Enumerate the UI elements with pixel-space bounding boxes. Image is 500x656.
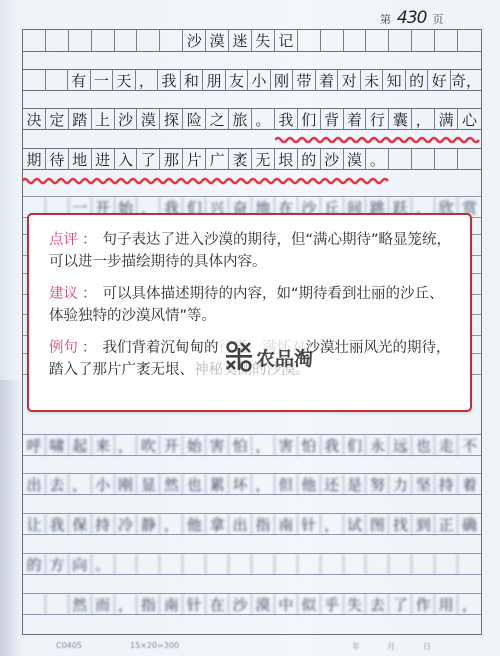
grid-cell <box>115 30 138 51</box>
grid-cell <box>344 554 367 575</box>
grid-cell <box>46 594 69 615</box>
grid-cell: 。 <box>92 554 115 575</box>
grid-cell: 但 <box>275 474 298 495</box>
grid-cell <box>412 30 435 51</box>
grid-cell: 迷 <box>229 30 252 51</box>
grid-cell: ， <box>115 435 138 456</box>
grid-cell: 针 <box>183 594 206 615</box>
grid-cell: 用 <box>435 594 458 615</box>
grid-cell: 也 <box>183 474 206 495</box>
grid-cell: 漠 <box>344 149 367 170</box>
grid-cell: 也 <box>412 435 435 456</box>
grid-cell: 他 <box>298 474 321 495</box>
grid-cell: 不 <box>458 435 481 456</box>
grid-cell: 上 <box>92 109 115 130</box>
grid-cell <box>46 30 69 51</box>
grid-cell: 到 <box>412 514 435 535</box>
grid-cell <box>435 149 458 170</box>
grid-cell: 害 <box>206 435 229 456</box>
grid-cell: 我 <box>46 514 69 535</box>
grid-cell: 南 <box>160 594 183 615</box>
grid-cell: 乎 <box>321 594 344 615</box>
grid-cell: 。 <box>252 109 275 130</box>
grid-cell <box>23 30 46 51</box>
grid-cell: 。 <box>366 149 389 170</box>
grid-cell: 的 <box>406 70 429 91</box>
grid-cell: 向 <box>69 554 92 575</box>
grid-cell: ， <box>69 474 92 495</box>
grid-cell: 天 <box>113 70 136 91</box>
grid-row: 决定踏上沙漠探险之旅。我们背着行囊，满心 <box>23 108 481 130</box>
grid-cell: 的 <box>23 554 46 575</box>
grid-cell <box>389 554 412 575</box>
grid-cell <box>458 554 481 575</box>
grid-cell <box>344 30 367 51</box>
suggestion-label: 建议 <box>49 286 78 302</box>
grid-cell: 期 <box>23 149 46 170</box>
grid-cell: 着 <box>316 70 339 91</box>
grid-cell: 来 <box>92 435 115 456</box>
grid-cell: 吹 <box>137 435 160 456</box>
grid-cell: 背 <box>321 109 344 130</box>
grid-cell: 走 <box>435 435 458 456</box>
grid-cell: 广 <box>206 149 229 170</box>
grid-cell: 的 <box>298 149 321 170</box>
grid-cell: 出 <box>229 514 252 535</box>
grid-cell: 未 <box>361 70 384 91</box>
grid-cell: 中 <box>275 594 298 615</box>
comment-label: 点评 <box>49 232 78 248</box>
grid-cell: 和 <box>181 70 204 91</box>
grid-cell: 永 <box>366 435 389 456</box>
page-number-header: 第 430 页 <box>380 8 443 28</box>
grid-cell: ， <box>412 109 435 130</box>
grid-cell: 踏 <box>69 109 92 130</box>
grid-cell: 垠 <box>275 149 298 170</box>
grid-cell <box>229 554 252 575</box>
watermark: 农品淘 <box>224 340 313 374</box>
grid-cell: 去 <box>366 594 389 615</box>
grid-cell: ， <box>160 514 183 535</box>
grid-cell: 而 <box>92 594 115 615</box>
grid-cell: 奇， <box>451 70 481 91</box>
watermark-logo-icon <box>224 340 254 374</box>
grid-cell: 力 <box>389 474 412 495</box>
grid-cell <box>458 30 481 51</box>
grid-cell: 友 <box>226 70 249 91</box>
comment-text: 句子表达了进入沙漠的期待，但“满心期待”略显笼统，可以进一步描绘期待的具体内容。 <box>49 232 451 270</box>
grid-cell: 着 <box>344 109 367 130</box>
grid-cell: 心 <box>458 109 481 130</box>
grid-row: 沙漠迷失记 <box>23 30 481 52</box>
grid-cell: 静 <box>137 514 160 535</box>
footer-year: 年 <box>352 641 360 652</box>
grid-cell: 图 <box>366 514 389 535</box>
grid-cell <box>206 554 229 575</box>
grid-cell: 我 <box>275 109 298 130</box>
grid-cell: 小 <box>92 474 115 495</box>
grid-cell: 险 <box>183 109 206 130</box>
grid-cell: 试 <box>344 514 367 535</box>
grid-row: 期待地进入了那片广袤无垠的沙漠。 <box>23 148 481 170</box>
grid-cell: 定 <box>46 109 69 130</box>
grid-cell: 囊 <box>389 109 412 130</box>
grid-cell: 知 <box>383 70 406 91</box>
grid-cell: 然 <box>69 594 92 615</box>
grid-cell: 保 <box>69 514 92 535</box>
grid-cell: 害 <box>275 435 298 456</box>
grid-cell: 探 <box>160 109 183 130</box>
suggestion-text: 可以具体描述期待的内容，如“期待看到壮丽的沙丘、体验独特的沙漠风情”等。 <box>49 286 444 324</box>
footer-month: 月 <box>387 641 395 652</box>
grid-row: 然而，指南针在沙漠中似乎失去了作用， <box>23 593 481 615</box>
grid-cell: 漠 <box>137 109 160 130</box>
comment-separator: ： <box>82 232 97 248</box>
grid-cell: 地 <box>69 149 92 170</box>
grid-cell: 呼 <box>23 435 46 456</box>
wavy-underline-1 <box>275 136 481 144</box>
grid-cell: 片 <box>183 149 206 170</box>
grid-cell <box>115 554 138 575</box>
grid-cell: 小 <box>248 70 271 91</box>
grid-row: 让我保持冷静，他拿出指南针，试图找到正确 <box>23 513 481 535</box>
grid-row: 有一天，我和朋友小刚带着对未知的好奇， <box>23 69 481 91</box>
grid-cell <box>298 554 321 575</box>
grid-cell: 决 <box>23 109 46 130</box>
grid-cell: 正 <box>435 514 458 535</box>
grid-cell: 啸 <box>46 435 69 456</box>
watermark-text: 农品淘 <box>256 344 313 371</box>
example-text-start: 我们背着沉甸甸的 <box>103 340 219 356</box>
grid-cell <box>298 30 321 51</box>
grid-cell: 针 <box>298 514 321 535</box>
grid-cell: 行 <box>366 109 389 130</box>
grid-cell: 我 <box>321 435 344 456</box>
grid-cell: 我 <box>158 70 181 91</box>
grid-cell <box>275 554 298 575</box>
grid-cell: 们 <box>298 109 321 130</box>
comment-paragraph: 点评：句子表达了进入沙漠的期待，但“满心期待”略显笼统，可以进一步描绘期待的具体… <box>49 229 452 273</box>
grid-cell: 沙 <box>321 149 344 170</box>
suggestion-separator: ： <box>82 286 97 302</box>
wavy-underline-2 <box>22 177 392 185</box>
grid-cell: 进 <box>92 149 115 170</box>
grid-cell: 朋 <box>203 70 226 91</box>
grid-cell: 努 <box>366 474 389 495</box>
grid-cell: 着 <box>458 474 481 495</box>
grid-cell <box>160 554 183 575</box>
paper-footer: C0405 15×20=300 年 月 日 <box>0 641 500 655</box>
grid-cell: 累 <box>206 474 229 495</box>
grid-cell: ， <box>252 474 275 495</box>
grid-cell: 失 <box>252 30 275 51</box>
grid-cell <box>389 149 412 170</box>
grid-cell: 沙 <box>229 594 252 615</box>
grid-cell: 刚 <box>271 70 294 91</box>
feedback-card: 点评：句子表达了进入沙漠的期待，但“满心期待”略显笼统，可以进一步描绘期待的具体… <box>27 213 472 412</box>
example-separator: ： <box>82 340 97 356</box>
grid-cell <box>412 554 435 575</box>
grid-cell: 还 <box>321 474 344 495</box>
grid-cell <box>252 554 275 575</box>
grid-cell: ， <box>458 594 481 615</box>
grid-cell: 出 <box>23 474 46 495</box>
grid-cell <box>366 30 389 51</box>
grid-cell: 指 <box>252 514 275 535</box>
grid-cell: 在 <box>206 594 229 615</box>
grid-cell: 持 <box>435 474 458 495</box>
grid-cell <box>321 30 344 51</box>
grid-cell: 怕 <box>298 435 321 456</box>
grid-cell <box>183 554 206 575</box>
grid-cell: 找 <box>389 514 412 535</box>
grid-cell: 记 <box>275 30 298 51</box>
grid-cell: 刚 <box>115 474 138 495</box>
grid-cell <box>23 70 46 91</box>
grid-cell: 对 <box>338 70 361 91</box>
grid-cell: 然 <box>160 474 183 495</box>
grid-cell <box>389 30 412 51</box>
grid-cell: 他 <box>183 514 206 535</box>
grid-cell: ， <box>136 70 159 91</box>
grid-cell: 是 <box>344 474 367 495</box>
grid-cell: 了 <box>137 149 160 170</box>
grid-cell: 无 <box>252 149 275 170</box>
grid-cell <box>46 70 69 91</box>
grid-cell: 确 <box>458 514 481 535</box>
grid-row: 出去，小刚显然也累坏，但他还是努力坚持着 <box>23 473 481 495</box>
grid-cell: 有 <box>68 70 91 91</box>
grid-row: 的方向。 <box>23 553 481 575</box>
grid-cell <box>160 30 183 51</box>
grid-cell: 一 <box>91 70 114 91</box>
grid-cell: 坏 <box>229 474 252 495</box>
grid-cell: 拿 <box>206 514 229 535</box>
grid-cell: 带 <box>293 70 316 91</box>
grid-cell <box>435 30 458 51</box>
grid-cell: 漠 <box>206 30 229 51</box>
grid-cell: 作 <box>412 594 435 615</box>
grid-cell <box>137 554 160 575</box>
grid-cell: 了 <box>389 594 412 615</box>
page-number: 430 <box>397 8 426 28</box>
grid-cell: 怕 <box>229 435 252 456</box>
grid-cell <box>321 554 344 575</box>
grid-cell: 坚 <box>412 474 435 495</box>
grid-cell <box>92 30 115 51</box>
grid-cell: 南 <box>275 514 298 535</box>
paper-shadow <box>0 380 22 656</box>
grid-cell: 方 <box>46 554 69 575</box>
grid-cell: 始 <box>183 435 206 456</box>
grid-cell: 那 <box>160 149 183 170</box>
grid-cell: 满 <box>435 109 458 130</box>
grid-cell: 远 <box>389 435 412 456</box>
grid-cell <box>69 30 92 51</box>
grid-cell: 失 <box>344 594 367 615</box>
grid-cell <box>23 594 46 615</box>
grid-cell: 袤 <box>229 149 252 170</box>
grid-cell: 冷 <box>115 514 138 535</box>
grid-cell <box>458 149 481 170</box>
page-prefix: 第 <box>380 11 391 27</box>
grid-cell <box>412 149 435 170</box>
grid-cell <box>435 554 458 575</box>
page-suffix: 页 <box>432 11 443 27</box>
grid-row: 呼啸起来，吹开始害怕，害怕我们永远也走不 <box>23 434 481 456</box>
grid-cell: 去 <box>46 474 69 495</box>
suggestion-paragraph: 建议：可以具体描述期待的内容，如“期待看到壮丽的沙丘、体验独特的沙漠风情”等。 <box>49 283 452 327</box>
grid-cell: 沙 <box>183 30 206 51</box>
grid-cell: 旅 <box>229 109 252 130</box>
grid-cell: 开 <box>160 435 183 456</box>
grid-cell: 待 <box>46 149 69 170</box>
grid-cell: 沙 <box>115 109 138 130</box>
grid-cell: 好 <box>428 70 451 91</box>
grid-cell: 似 <box>298 594 321 615</box>
grid-cell: ， <box>115 594 138 615</box>
grid-cell: 显 <box>137 474 160 495</box>
grid-cell <box>137 30 160 51</box>
grid-cell: 持 <box>92 514 115 535</box>
grid-cell <box>366 554 389 575</box>
grid-cell: ， <box>252 435 275 456</box>
footer-code: C0405 <box>56 641 82 650</box>
footer-day: 日 <box>423 641 431 652</box>
grid-cell: 指 <box>137 594 160 615</box>
example-label: 例句 <box>49 340 78 356</box>
grid-cell: 起 <box>69 435 92 456</box>
grid-cell: 漠 <box>252 594 275 615</box>
grid-cell: 让 <box>23 514 46 535</box>
grid-cell: 之 <box>206 109 229 130</box>
grid-cell: 入 <box>115 149 138 170</box>
grid-cell: 们 <box>344 435 367 456</box>
grid-cell: ， <box>321 514 344 535</box>
footer-spec: 15×20=300 <box>130 641 179 650</box>
